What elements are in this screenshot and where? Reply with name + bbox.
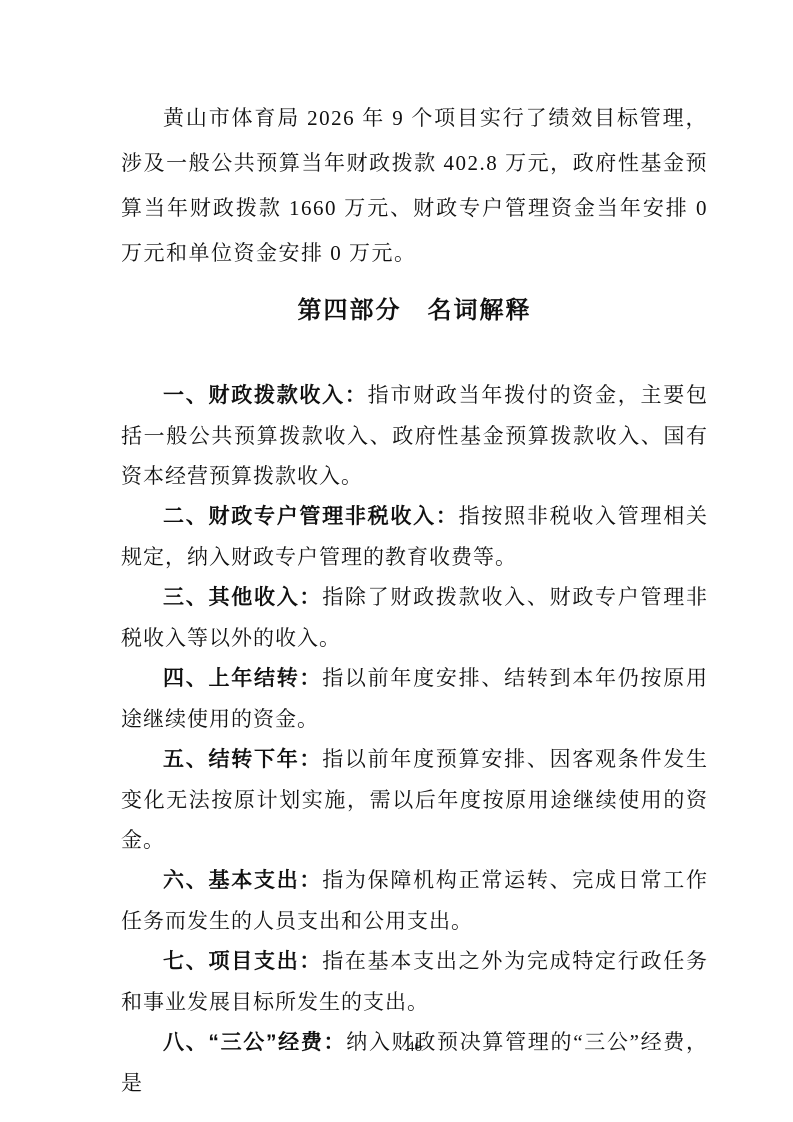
term-label: 七、项目支出： [163, 950, 322, 973]
term-label: 一、财政拨款收入： [163, 384, 368, 407]
term-item-8: 八、“三公”经费：纳入财政预决算管理的“三公”经费，是 [121, 1022, 708, 1103]
term-item-6: 六、基本支出：指为保障机构正常运转、完成日常工作任务而发生的人员支出和公用支出。 [121, 860, 708, 941]
section-heading: 第四部分 名词解释 [121, 288, 708, 333]
term-label: 三、其他收入： [163, 586, 322, 609]
page-number: 46 [121, 1036, 708, 1058]
term-item-2: 二、财政专户管理非税收入：指按照非税收入管理相关规定，纳入财政专户管理的教育收费… [121, 496, 708, 577]
term-item-7: 七、项目支出：指在基本支出之外为完成特定行政任务和事业发展目标所发生的支出。 [121, 941, 708, 1022]
term-item-4: 四、上年结转：指以前年度安排、结转到本年仍按原用途继续使用的资金。 [121, 658, 708, 739]
terms-list: 一、财政拨款收入：指市财政当年拨付的资金，主要包括一般公共预算拨款收入、政府性基… [121, 375, 708, 1103]
term-label: 四、上年结转： [163, 667, 322, 690]
term-item-1: 一、财政拨款收入：指市财政当年拨付的资金，主要包括一般公共预算拨款收入、政府性基… [121, 375, 708, 496]
term-item-5: 五、结转下年：指以前年度预算安排、因客观条件发生变化无法按原计划实施，需以后年度… [121, 739, 708, 860]
intro-paragraph: 黄山市体育局 2026 年 9 个项目实行了绩效目标管理，涉及一般公共预算当年财… [121, 96, 708, 276]
document-page: 黄山市体育局 2026 年 9 个项目实行了绩效目标管理，涉及一般公共预算当年财… [0, 0, 793, 1122]
term-label: 二、财政专户管理非税收入： [163, 505, 459, 528]
term-label: 六、基本支出： [163, 869, 322, 892]
term-item-3: 三、其他收入：指除了财政拨款收入、财政专户管理非税收入等以外的收入。 [121, 577, 708, 658]
term-label: 五、结转下年： [163, 748, 322, 771]
